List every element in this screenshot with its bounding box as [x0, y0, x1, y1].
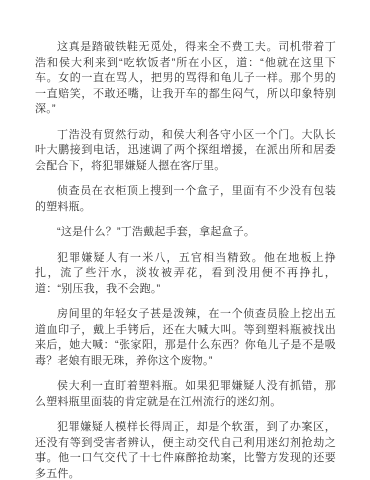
- paragraph: 丁浩没有贸然行动，和侯大利各守小区一个门。大队长叶大鹏接到电话，迅速调了两个探组…: [35, 128, 336, 175]
- paragraph: 这真是踏破铁鞋无觅处，得来全不费工夫。司机带着丁浩和侯大利来到“吃软饭者”所在小…: [35, 40, 336, 118]
- paragraph: “这是什么？”丁浩戴起手套，拿起盒子。: [35, 225, 336, 241]
- ebook-text-page: 这真是踏破铁鞋无觅处，得来全不费工夫。司机带着丁浩和侯大利来到“吃软饭者”所在小…: [0, 0, 370, 480]
- paragraph: 侦查员在衣柜顶上搜到一个盒子，里面有不少没有包装的塑料瓶。: [35, 184, 336, 215]
- paragraph: 犯罪嫌疑人有一米八，五官相当精致。他在地板上挣扎，流了些汗水，淡妆被弄花，看到没…: [35, 251, 336, 298]
- paragraph: 房间里的年轻女子甚是泼辣，在一个侦查员脸上挖出五道血印子，戴上手铐后，还在大喊大…: [35, 307, 336, 369]
- paragraph: 犯罪嫌疑人模样长得周正，却是个软蛋，到了办案区，还没有等到受害者辨认，便主动交代…: [35, 420, 336, 480]
- paragraph: 侯大利一直盯着塑料瓶。如果犯罪嫌疑人没有抓错，那么塑料瓶里面装的肯定就是在江州流…: [35, 379, 336, 410]
